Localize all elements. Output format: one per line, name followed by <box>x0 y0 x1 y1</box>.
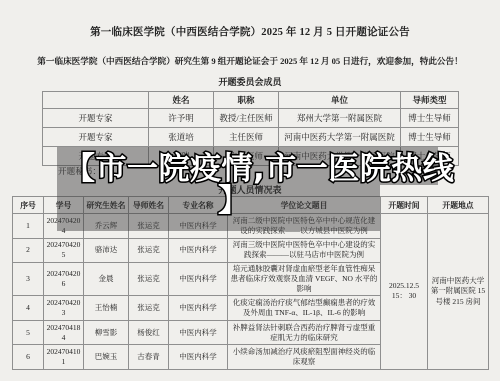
table-cell: 博士生导师 <box>401 109 459 128</box>
table-cell: 单位 <box>279 92 401 109</box>
table-cell: 金晨 <box>84 263 129 296</box>
watermark-text-line1: 【市一院疫情,市一医院热线 <box>64 154 454 185</box>
table-cell: 化痰定痫汤治疗痰气郁结型癫痫患者的疗效及外周血 TNF-α、IL-1β、IL-6… <box>228 296 381 321</box>
table-cell: 职称 <box>214 92 279 109</box>
table-cell: 骆沛达 <box>84 238 129 263</box>
table-cell: 杨俊红 <box>129 320 169 345</box>
table-cell: 6 <box>13 345 44 370</box>
table-cell: 张运克 <box>129 238 169 263</box>
defense-location-cell: 河南中医药大学第一附属医院 15 号楼 215 房间 <box>428 214 489 370</box>
table-cell: 张运克 <box>129 296 169 321</box>
table-cell: 中医内科学 <box>169 238 228 263</box>
table-cell: 许予明 <box>149 109 214 128</box>
table-cell: 古春青 <box>129 345 169 370</box>
document-page: 第一临床医学院（中西医结合学院）2025 年 12 月 5 日开题论证公告 第一… <box>0 0 500 381</box>
table-cell: 中医内科学 <box>169 263 228 296</box>
committee-header-row: 姓名 职称 单位 导师类型 <box>43 92 459 109</box>
table-cell: 2024704101 <box>44 345 84 370</box>
table-row: 开题专家 许予明 教授/主任医师 郑州大学第一附属医院 博士生导师 <box>43 109 459 128</box>
announcement-text: 第一临床医学院（中西医结合学院）研究生第 9 组开题论证会于 2025 年 12… <box>0 55 500 67</box>
table-cell: 补脾益肾法针刺联合西药治疗脾肾亏虚型重症肌无力的临床研究 <box>228 320 381 345</box>
table-cell: 2024704203 <box>44 296 84 321</box>
watermark-text-line2: 】 <box>218 186 250 217</box>
table-cell: 开题专家 <box>43 109 149 128</box>
table-cell: 2 <box>13 238 44 263</box>
table-cell: 2024704205 <box>44 238 84 263</box>
table-cell <box>43 92 149 109</box>
table-cell: 教授/主任医师 <box>214 109 279 128</box>
table-cell: 主任医师 <box>214 128 279 147</box>
table-cell: 柳雪影 <box>84 320 129 345</box>
table-cell: 中医内科学 <box>169 345 228 370</box>
table-cell: 王怡楠 <box>84 296 129 321</box>
table-cell: 姓名 <box>149 92 214 109</box>
table-cell: 1 <box>13 214 44 239</box>
defense-clock: 15： 30 <box>383 291 425 301</box>
defense-date: 2025.12.5 <box>383 281 425 291</box>
table-cell: 3 <box>13 263 44 296</box>
committee-section-title: 开题委员会成员 <box>0 75 500 88</box>
table-cell: 张运克 <box>129 263 169 296</box>
table-cell: 导师类型 <box>401 92 459 109</box>
table-cell: 张道培 <box>149 128 214 147</box>
table-cell: 开题时间 <box>381 197 428 214</box>
table-cell: 5 <box>13 320 44 345</box>
defense-time-cell: 2025.12.5 15： 30 <box>381 214 428 370</box>
table-cell: 中医内科学 <box>169 296 228 321</box>
table-cell: 培元通脉胶囊对肾虚血瘀型老年血管性痴呆患者临床疗效观察及血清 VEGF、NO 水… <box>228 263 381 296</box>
table-cell: 河南三级中医院中医特色卒中中心建设的实践探索———以驻马店市中医院为例 <box>228 238 381 263</box>
table-cell: 序号 <box>13 197 44 214</box>
table-cell: 博士生导师 <box>401 128 459 147</box>
table-cell: 郑州大学第一附属医院 <box>279 109 401 128</box>
table-cell: 2024704206 <box>44 263 84 296</box>
table-row: 开题专家 张道培 主任医师 河南中医药大学第一附属医院 博士生导师 <box>43 128 459 147</box>
table-cell: 中医内科学 <box>169 320 228 345</box>
table-cell: 河南中医药大学第一附属医院 <box>279 128 401 147</box>
table-cell: 开题地点 <box>428 197 489 214</box>
table-cell: 4 <box>13 296 44 321</box>
page-title: 第一临床医学院（中西医结合学院）2025 年 12 月 5 日开题论证公告 <box>0 24 500 39</box>
table-cell: 开题专家 <box>43 128 149 147</box>
table-cell: 2024704184 <box>44 320 84 345</box>
table-cell: 小续命汤加减治疗风痰瘀阻型面神经炎的临床观察 <box>228 345 381 370</box>
table-cell: 巴婉玉 <box>84 345 129 370</box>
